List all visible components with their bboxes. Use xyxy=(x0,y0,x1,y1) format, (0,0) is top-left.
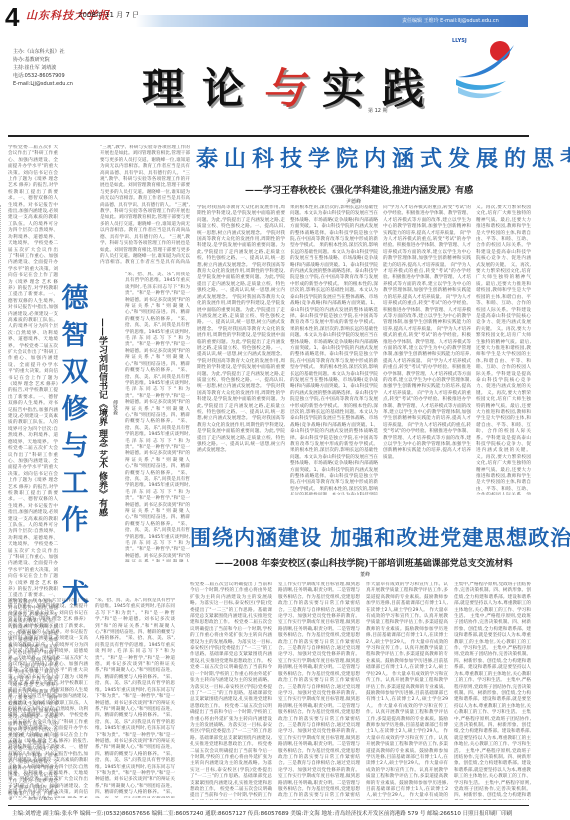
footer-rule xyxy=(8,805,529,806)
info-line: 主持:崔仕军 刘靖波 xyxy=(13,64,73,72)
section-title-part2: 实践 xyxy=(322,64,442,113)
headline-char: 德 xyxy=(60,280,90,317)
left-margin-divider xyxy=(0,205,4,795)
header-band-left xyxy=(136,15,228,27)
section-title-red: 与 xyxy=(262,64,322,113)
article2-column-5: "采、拾、真、美、乐",问我是具有哲学的思维。1945年重庆谈判时,毛泽东同志写… xyxy=(95,598,175,798)
logo-text: LLYSJ xyxy=(452,38,467,44)
article2-author: 傅贤森 xyxy=(112,400,119,415)
article3-column-1: 校党委二届五次会议明确提出了当前和今后一个时期,学校的工作重心将由外延扩张为主转… xyxy=(190,582,272,800)
info-line: 主办:《山东科大报》社 xyxy=(13,48,73,56)
page-number: 4 xyxy=(5,2,19,33)
footer-credits: 主编:刘增进 副主编:张永华 编辑一室:(0532)86057656 编辑二室:… xyxy=(12,809,512,817)
section-logo-icon xyxy=(448,35,520,101)
headline-char: 与 xyxy=(60,428,90,465)
headline-char: 工 xyxy=(60,465,90,502)
headline-char: 双 xyxy=(60,354,90,391)
editor-info: 责任编辑 王维玲 E-mail:llj@sdust.edu.cn xyxy=(402,17,499,24)
issue-number: 第 12 期 xyxy=(368,107,388,114)
info-line: 电话:0532-86057909 xyxy=(13,72,73,80)
article3-headline: 围绕内涵建设 加强和改进党建思想政治工作 xyxy=(190,522,570,552)
headline-char: 智 xyxy=(60,317,90,354)
article1-author: 尹德峰 xyxy=(346,198,361,205)
article2-subheadline: ——学习刘向信书记《境界 理念 艺术 修养》有感 xyxy=(95,318,107,558)
article1-column-2: 果的根本性的,深层次的,影响长远的基础性问题。本文认为泰山科技学院的发展应当在整… xyxy=(290,205,378,495)
article1-column-1: 学院对我国高等教育大众化的发展作用,周期性的学科建设,是学院发展中面临的重要问题… xyxy=(197,205,285,495)
article3-subheadline: ——2008 年泰安校区(泰山科技学院)干部培训班基础课部党总支交流材料 xyxy=(215,556,513,569)
article2-column-2: "三观",教学、科研与实验等各项管理工作的开展也是如此。刘同管理教育相比,管理干… xyxy=(100,145,190,265)
article2-vertical-headline: 德 智 双 修 与 工 作 xyxy=(60,280,90,539)
article2-column-4: 学校党委二届五次扩大会议作出了"科研工作重心、加强内涵建设、全面提升办学水平"的… xyxy=(8,598,88,798)
article1-subheadline: ——学习王春秋校长《强化学科建设,推进内涵发展》有感 xyxy=(245,183,473,196)
article3-author: 董峰 xyxy=(360,571,370,578)
headline-char: 修 xyxy=(60,391,90,428)
article1-headline: 泰山科技学院内涵式发展的思考 xyxy=(196,142,570,173)
article3-column-3: 作大量卓有成效的学习和宣传工作。认真开展教学质量工程和教学评估工作,多渠道提高教… xyxy=(366,582,448,800)
section-title: 理论与实践 xyxy=(142,56,442,116)
article1-column-3: 向"学为人才培养模式的重点,转变"考试"的办学经验。积极推进办学体制、教学管理、… xyxy=(383,205,471,495)
publisher-info: 主办:《山东科大报》社 协办:基教研究院 主持:崔仕军 刘靖波 电话:0532-… xyxy=(13,48,73,88)
article2-column-3: "采、拾、真、美、乐",问我是具有哲学的思维。1945年重庆谈判时,毛泽东同志写… xyxy=(125,272,190,562)
article3-column-4: 主集中,严格程序原则,党政班子团结协作,完善决策机制。四、树新形象、创佳绩,全力… xyxy=(454,582,531,800)
headline-char: 作 xyxy=(60,502,90,539)
info-line: E-mail:Ljj@sdust.edu.cn xyxy=(13,80,73,88)
section-title-part1: 理论 xyxy=(142,64,262,113)
info-line: 协办:基教研究院 xyxy=(13,56,73,64)
header-rule xyxy=(8,135,529,137)
article1-column-4: 义。再次,要大力繁荣校园文化,培育广大师生独特的精神气质。最后,还要大力推进和谐… xyxy=(476,205,531,495)
issue-date: 2008年 11 月 7 日 xyxy=(78,10,139,20)
article3-column-2: 室工作实行学期或年度目标管理,做到思路清晰,任务明确,职责分明。二是管理与服务相… xyxy=(278,582,360,800)
